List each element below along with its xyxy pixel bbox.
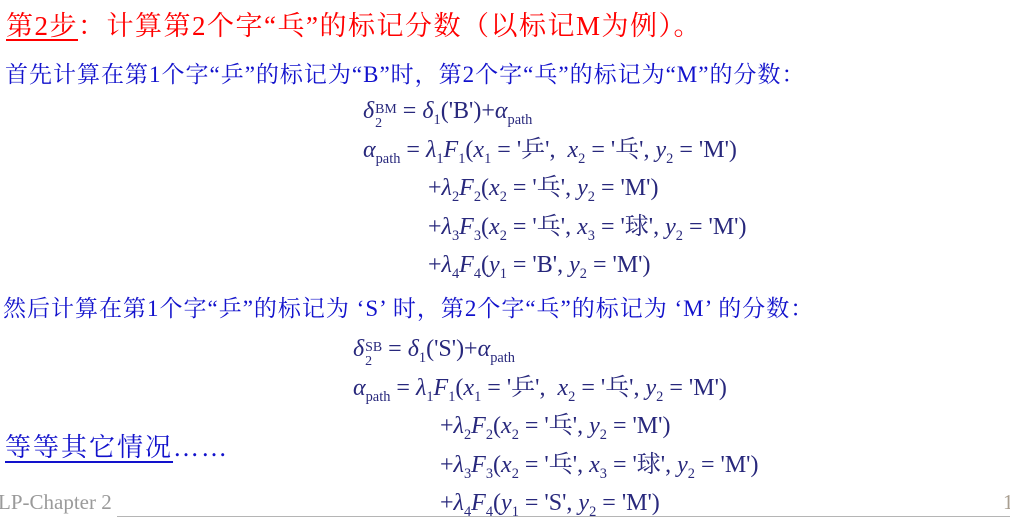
formula-text: δ [408, 336, 419, 362]
formula-text: δ [353, 336, 364, 362]
formula-text: λ [416, 375, 426, 401]
formula-subscript: path [376, 150, 401, 166]
formula-subscript: 4 [486, 504, 493, 517]
formula-subscript: 4 [474, 266, 481, 282]
formula-line: +λ2F2(x2 = '乓', y2 = 'M') [440, 407, 759, 446]
formula-text: = 'B', [507, 252, 569, 278]
formula-subscript: 2 [512, 427, 519, 443]
formula-text: y [677, 452, 688, 478]
formula-text: + [440, 490, 454, 516]
note-other-cases: 等等其它情况…… [5, 427, 229, 464]
formula-subscript: 2 [500, 189, 507, 205]
formula-text: y [569, 252, 580, 278]
formula-text: α [478, 336, 491, 362]
formula-text: F [459, 252, 474, 278]
formula-subscript: 2 [600, 427, 607, 443]
formula-text: y [665, 214, 676, 240]
formula-subscript: path [508, 112, 533, 128]
formula-text: λ [454, 490, 464, 516]
formula-text: y [656, 137, 667, 163]
note-ellipsis: …… [173, 433, 229, 462]
formula-text: = 'M') [683, 214, 747, 240]
formula-text: y [489, 252, 500, 278]
formula-text: ( [493, 413, 501, 439]
formula-subscript: 1 [434, 112, 441, 128]
formula-subscript: 2 [474, 189, 481, 205]
formula-subscript: 2 [588, 189, 595, 205]
formula-text: x [577, 214, 588, 240]
formula-text: x [567, 137, 578, 163]
title-rest: ：计算第2个字“乓”的标记分数（以标记M为例）。 [78, 11, 702, 41]
formula-text: + [428, 252, 442, 278]
formula-text: ( [493, 452, 501, 478]
formula-text: λ [454, 413, 464, 439]
formula-text: = '乒', [481, 375, 557, 401]
formula-subscript: 1 [500, 266, 507, 282]
formula-line: +λ3F3(x2 = '乓', x3 = '球', y2 = 'M') [428, 208, 747, 247]
formula-line: δSB2 = δ1('S')+αpath [353, 330, 759, 369]
formula-text: = '乒', [491, 137, 567, 163]
formula-text: y [646, 375, 657, 401]
formula-text: x [473, 137, 484, 163]
formula-line: δBM2 = δ1('B')+αpath [363, 92, 747, 131]
formula-text: F [434, 375, 449, 401]
formula-subscript: 2 [688, 465, 695, 481]
formula-subscript: 1 [426, 388, 433, 404]
formula-text: + [440, 413, 454, 439]
formula-text: ( [481, 214, 489, 240]
formula-text: = 'M') [663, 375, 727, 401]
formula-text: = '乓', [585, 137, 655, 163]
formula-text: = '乓', [519, 452, 589, 478]
formula-text: α [363, 137, 376, 163]
formula-text: ( [481, 252, 489, 278]
formula-text: F [471, 413, 486, 439]
formula-text: F [459, 214, 474, 240]
formula-subscript: 2 [486, 427, 493, 443]
formula-text: = 'M') [695, 452, 759, 478]
formula-text: y [578, 490, 589, 516]
formula-text: y [589, 413, 600, 439]
formula-text: λ [442, 252, 452, 278]
formula-text: ('S')+ [426, 336, 478, 362]
formula-subscript: 3 [600, 465, 607, 481]
formula-text: α [353, 375, 366, 401]
formula-text: ( [493, 490, 501, 516]
formula-text: x [489, 175, 500, 201]
page-number: 1 [1003, 490, 1010, 515]
formula-text: = '球', [607, 452, 677, 478]
formula-line: αpath = λ1F1(x1 = '乒', x2 = '乓', y2 = 'M… [353, 369, 759, 408]
formula-text: λ [442, 175, 452, 201]
page-title: 第2步：计算第2个字“乓”的标记分数（以标记M为例）。 [6, 4, 702, 43]
formula-text: ('B')+ [441, 98, 495, 124]
formula-line: +λ4F4(y1 = 'B', y2 = 'M') [428, 246, 747, 285]
formula-sup-sub-stack: SB2 [365, 341, 382, 369]
formula-text: = '球', [595, 214, 665, 240]
formula-text: = '乓', [507, 175, 577, 201]
formula-text: = [382, 336, 408, 362]
formula-text: = 'M') [595, 175, 659, 201]
formula-subscript: 2 [580, 266, 587, 282]
formula-text: y [577, 175, 588, 201]
formula-subscript: 2 [500, 227, 507, 243]
formula-text: = 'M') [673, 137, 737, 163]
formula-text: δ [422, 98, 433, 124]
formula-subscript: 3 [486, 465, 493, 481]
formula-text: = [400, 137, 426, 163]
formula-line: +λ4F4(y1 = 'S', y2 = 'M') [440, 484, 759, 517]
formula-text: = 'M') [596, 490, 660, 516]
formula-subscript: 2 [512, 465, 519, 481]
formula-text: F [459, 175, 474, 201]
formula-subscript: 1 [512, 504, 519, 517]
formula-text: x [501, 452, 512, 478]
formula-subscript: path [366, 388, 391, 404]
paragraph-first-case: 首先计算在第1个字“乒”的标记为“B”时，第2个字“乓”的标记为“M”的分数： [5, 56, 805, 89]
formula-text: x [589, 452, 600, 478]
formula-text: x [463, 375, 474, 401]
formula-text: + [428, 214, 442, 240]
formula-text: = [390, 375, 416, 401]
formula-text: λ [426, 137, 436, 163]
formula-text: ( [481, 175, 489, 201]
formula-text: F [444, 137, 459, 163]
formula-text: = '乓', [519, 413, 589, 439]
formula-block-delta-bm: δBM2 = δ1('B')+αpathαpath = λ1F1(x1 = '乒… [363, 92, 747, 285]
formula-text: = '乓', [575, 375, 645, 401]
formula-text: = 'M') [607, 413, 671, 439]
formula-text: y [501, 490, 512, 516]
paragraph-second-case: 然后计算在第1个字“乒”的标记为 ‘S’ 时，第2个字“乓”的标记为 ‘M’ 的… [3, 290, 814, 323]
formula-text: = 'M') [587, 252, 651, 278]
formula-text: = 'S', [519, 490, 579, 516]
title-step-label: 第2步 [6, 11, 78, 41]
formula-text: = [397, 98, 423, 124]
formula-text: = '乓', [507, 214, 577, 240]
formula-subscript: 3 [588, 227, 595, 243]
formula-text: α [495, 98, 508, 124]
formula-subscript: 2 [676, 227, 683, 243]
formula-sup-sub-stack: BM2 [375, 103, 397, 131]
formula-line: +λ2F2(x2 = '乓', y2 = 'M') [428, 169, 747, 208]
formula-subscript: path [490, 350, 515, 366]
presentation-slide: 第2步：计算第2个字“乓”的标记分数（以标记M为例）。 首先计算在第1个字“乒”… [0, 0, 1010, 517]
formula-line: +λ3F3(x2 = '乓', x3 = '球', y2 = 'M') [440, 446, 759, 485]
formula-line: αpath = λ1F1(x1 = '乒', x2 = '乓', y2 = 'M… [363, 131, 747, 170]
formula-text: λ [454, 452, 464, 478]
formula-text: x [557, 375, 568, 401]
formula-text: x [501, 413, 512, 439]
footer-chapter-label: LP-Chapter 2 [0, 490, 112, 515]
formula-text: F [471, 452, 486, 478]
formula-subscript: 1 [436, 150, 443, 166]
formula-text: δ [363, 98, 374, 124]
formula-subscript: 1 [419, 350, 426, 366]
formula-text: λ [442, 214, 452, 240]
formula-text: + [428, 175, 442, 201]
formula-block-delta-sb: δSB2 = δ1('S')+αpathαpath = λ1F1(x1 = '乒… [353, 330, 759, 517]
formula-text: F [471, 490, 486, 516]
note-underlined-text: 等等其它情况 [5, 433, 173, 462]
formula-text: + [440, 452, 454, 478]
formula-text: x [489, 214, 500, 240]
formula-subscript: 3 [474, 227, 481, 243]
